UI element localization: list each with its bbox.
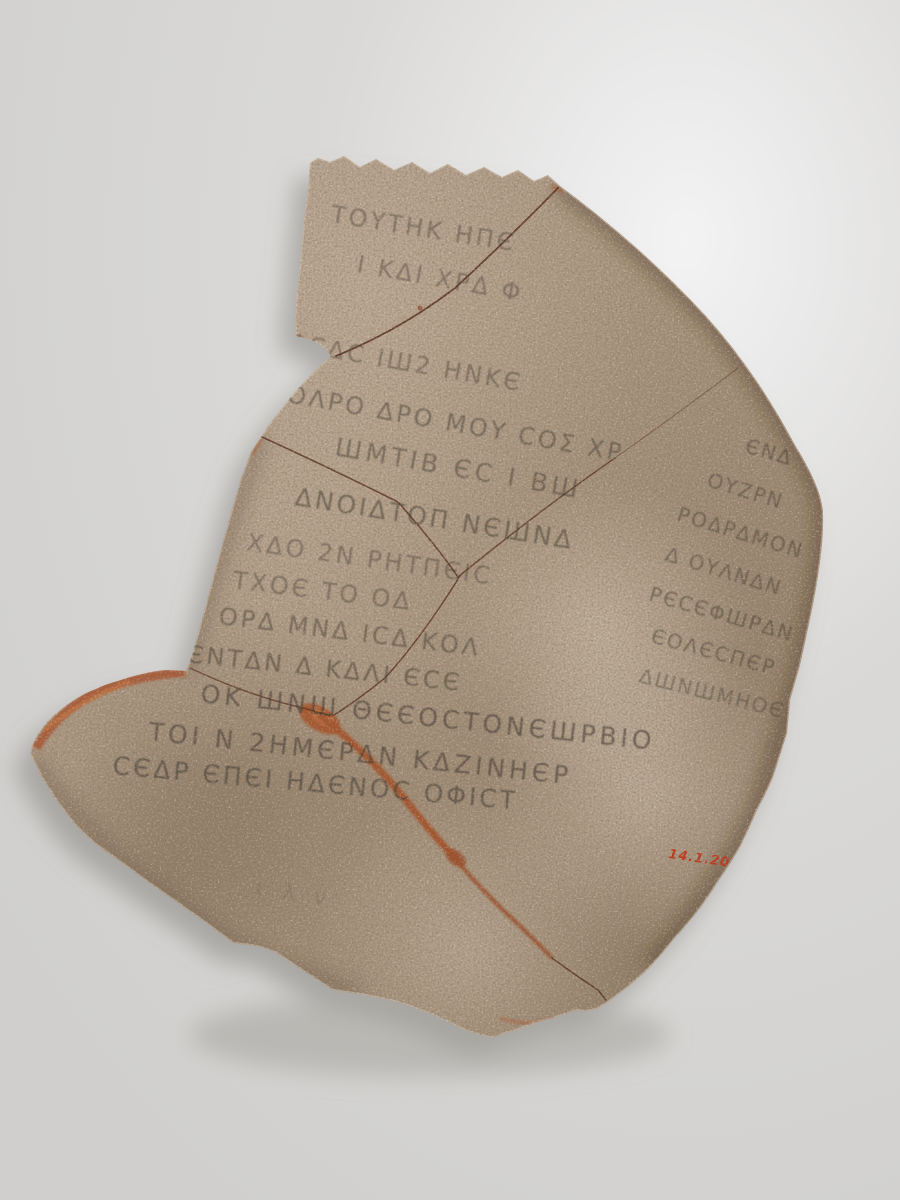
ostracon-photograph: ΤΟΥΤΗΚ ΗΠЄΙ ΚΔΙ ΧΡΔ ΦΔЄΔC ΙШ2 ΗΝΚЄΟΛΡΟ Δ… xyxy=(0,0,900,1200)
photo-canvas: ΤΟΥΤΗΚ ΗΠЄΙ ΚΔΙ ΧΡΔ ΦΔЄΔC ΙШ2 ΗΝΚЄΟΛΡΟ Δ… xyxy=(0,0,900,1200)
